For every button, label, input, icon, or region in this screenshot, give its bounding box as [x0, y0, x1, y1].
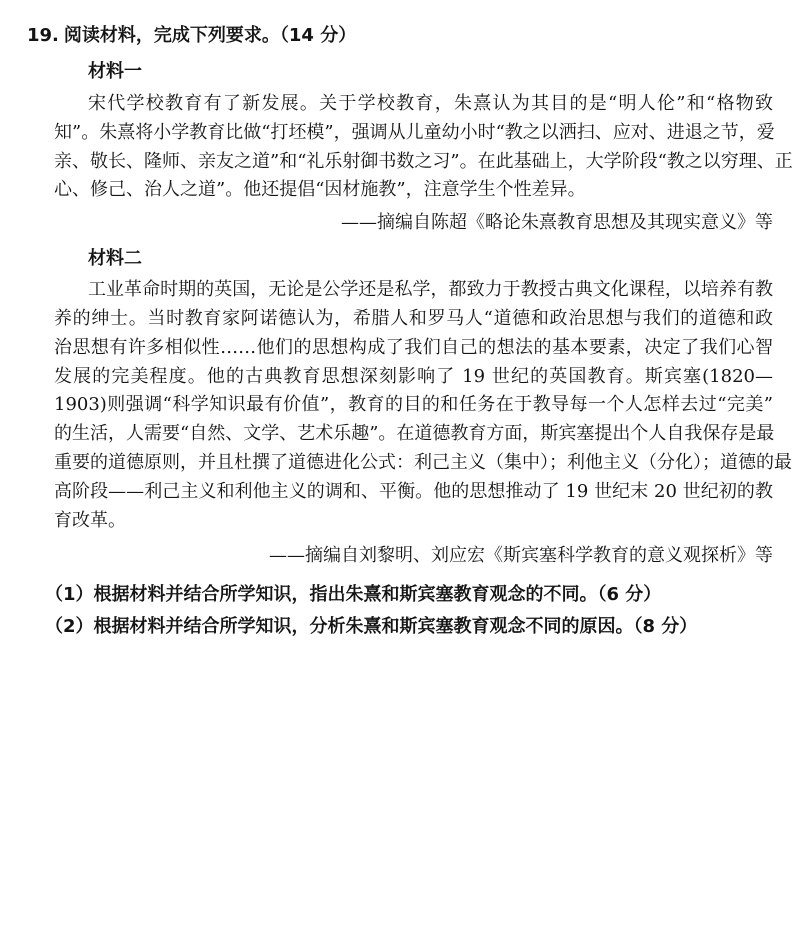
exam-document-page: 19.阅读材料，完成下列要求。（14 分） 材料一 宋代学校教育有了新发展。关于… — [0, 0, 800, 946]
material-1-line-4: 心、修己、治人之道”。他还提倡“因材施教”，注意学生个性差异。 — [54, 176, 773, 205]
question-number: 19. — [27, 25, 59, 46]
material-1-line-2: 知”。朱熹将小学教育比做“打坯模”，强调从儿童幼小时“教之以洒扫、应对、进退之节… — [54, 119, 773, 148]
material-2-section: 材料二 工业革命时期的英国，无论是公学还是私学，都致力于教授古典文化课程，以培养… — [27, 247, 775, 570]
material-2-line-5: 1903)则强调“科学知识最有价值”，教育的目的和任务在于教导每一个人怎样去过“… — [54, 391, 773, 420]
material-2-line-8: 高阶段——利己主义和利他主义的调和、平衡。他的思想推动了 19 世纪末 20 世… — [54, 478, 773, 507]
material-1-attribution: ——摘编自陈超《略论朱熹教育思想及其现实意义》等 — [54, 208, 773, 237]
sub-question-2: （2）根据材料并结合所学知识，分析朱熹和斯宾塞教育观念不同的原因。（8 分） — [45, 614, 775, 640]
question-title: 19.阅读材料，完成下列要求。（14 分） — [27, 24, 775, 48]
material-1-body: 宋代学校教育有了新发展。关于学校教育，朱熹认为其目的是“明人伦”和“格物致 知”… — [54, 90, 773, 205]
material-2-body: 工业革命时期的英国，无论是公学还是私学，都致力于教授古典文化课程，以培养有教 养… — [54, 276, 773, 535]
material-2-line-9: 育改革。 — [54, 507, 773, 536]
material-2-heading: 材料二 — [88, 247, 775, 271]
material-1-heading: 材料一 — [88, 60, 775, 84]
material-2-attribution: ——摘编自刘黎明、刘应宏《斯宾塞科学教育的意义观探析》等 — [54, 541, 773, 570]
material-1-line-1: 宋代学校教育有了新发展。关于学校教育，朱熹认为其目的是“明人伦”和“格物致 — [54, 90, 773, 119]
sub-question-1: （1）根据材料并结合所学知识，指出朱熹和斯宾塞教育观念的不同。（6 分） — [45, 582, 775, 608]
material-2-line-7: 重要的道德原则，并且杜撰了道德进化公式：利己主义（集中）；利他主义（分化）；道德… — [54, 449, 773, 478]
material-2-line-3: 治思想有许多相似性……他们的思想构成了我们自己的想法的基本要素，决定了我们心智 — [54, 334, 773, 363]
material-2-line-1: 工业革命时期的英国，无论是公学还是私学，都致力于教授古典文化课程，以培养有教 — [54, 276, 773, 305]
material-2-line-6: 的生活，人需要“自然、文学、艺术乐趣”。在道德教育方面，斯宾塞提出个人自我保存是… — [54, 420, 773, 449]
question-title-text: 阅读材料，完成下列要求。（14 分） — [64, 25, 356, 46]
material-2-line-4: 发展的完美程度。他的古典教育思想深刻影响了 19 世纪的英国教育。斯宾塞(182… — [54, 363, 773, 392]
material-2-line-2: 养的绅士。当时教育家阿诺德认为，希腊人和罗马人“道德和政治思想与我们的道德和政 — [54, 305, 773, 334]
material-1-section: 材料一 宋代学校教育有了新发展。关于学校教育，朱熹认为其目的是“明人伦”和“格物… — [27, 60, 775, 237]
material-1-line-3: 亲、敬长、隆师、亲友之道”和“礼乐射御书数之习”。在此基础上，大学阶段“教之以穷… — [54, 148, 773, 177]
